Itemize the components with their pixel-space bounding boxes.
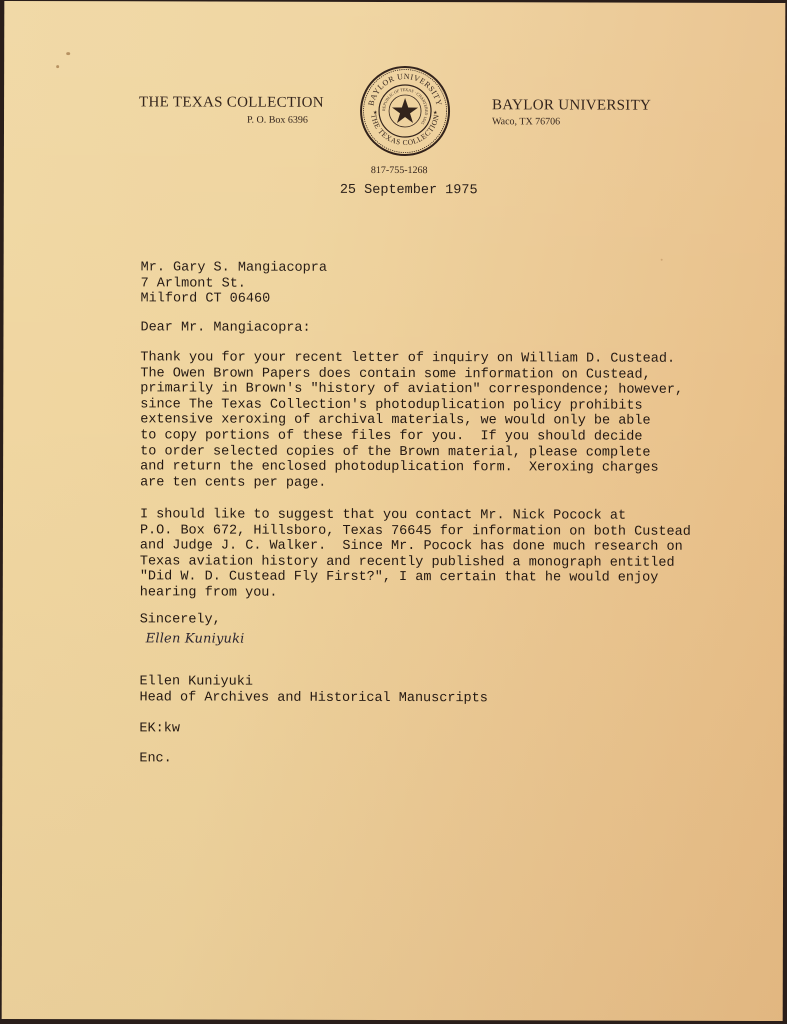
text-line: and Judge J. C. Walker. Since Mr. Pocock… [140,539,691,556]
text-line: extensive xeroxing of archival materials… [140,413,683,430]
text-line: I should like to suggest that you contac… [140,507,691,524]
signer-title: Head of Archives and Historical Manuscri… [139,690,487,707]
letterhead-city: Waco, TX 76706 [492,116,560,127]
text-line: The Owen Brown Papers does contain some … [140,366,683,383]
letter-date: 25 September 1975 [340,183,478,198]
address-line: Milford CT 06460 [141,292,327,308]
letter-page: THE TEXAS COLLECTION P. O. Box 6396 BAYL… [2,1,786,1021]
text-line: "Did W. D. Custead Fly First?", I am cer… [140,570,691,587]
letterhead-phone: 817-755-1268 [371,165,428,176]
text-line: to copy portions of these files for you.… [140,428,683,445]
body-paragraph-2: I should like to suggest that you contac… [140,507,691,602]
body-paragraph-1: Thank you for your recent letter of inqu… [140,350,683,492]
enclosure-note: Enc. [139,751,171,767]
text-line: to order selected copies of the Brown ma… [140,444,683,461]
text-line: Texas aviation history and recently publ… [140,554,691,571]
signer-name: Ellen Kuniyuki [140,674,488,691]
text-line: and return the enclosed photoduplication… [140,459,683,476]
text-line: Thank you for your recent letter of inqu… [140,350,683,367]
svg-text:★: ★ [433,110,438,116]
recipient-address: Mr. Gary S. Mangiacopra 7 Arlmont St. Mi… [141,260,327,307]
paper-speck [66,52,70,55]
salutation: Dear Mr. Mangiacopra: [140,320,310,336]
text-line: primarily in Brown's "history of aviatio… [140,382,683,399]
letterhead-right-title: BAYLOR UNIVERSITY [492,97,651,114]
reference-initials: EK:kw [139,721,180,737]
text-line: hearing from you. [140,585,691,602]
address-line: 7 Arlmont St. [141,276,327,292]
paper-speck [56,65,59,68]
text-line: are ten cents per page. [140,475,683,492]
signer-block: Ellen Kuniyuki Head of Archives and Hist… [139,674,487,706]
text-line: P.O. Box 672, Hillsboro, Texas 76645 for… [140,523,691,540]
letterhead-left-title: THE TEXAS COLLECTION [139,94,324,111]
svg-text:★: ★ [373,110,378,116]
address-line: Mr. Gary S. Mangiacopra [141,260,327,276]
university-seal-star-icon: BAYLOR UNIVERSITY THE TEXAS COLLECTION R… [359,65,451,157]
text-line: since The Texas Collection's photoduplic… [140,397,683,414]
closing: Sincerely, [140,612,221,628]
handwritten-signature: Ellen Kuniyuki [146,631,245,646]
paper-speck [661,259,663,261]
letterhead-po-box: P. O. Box 6396 [247,115,308,126]
